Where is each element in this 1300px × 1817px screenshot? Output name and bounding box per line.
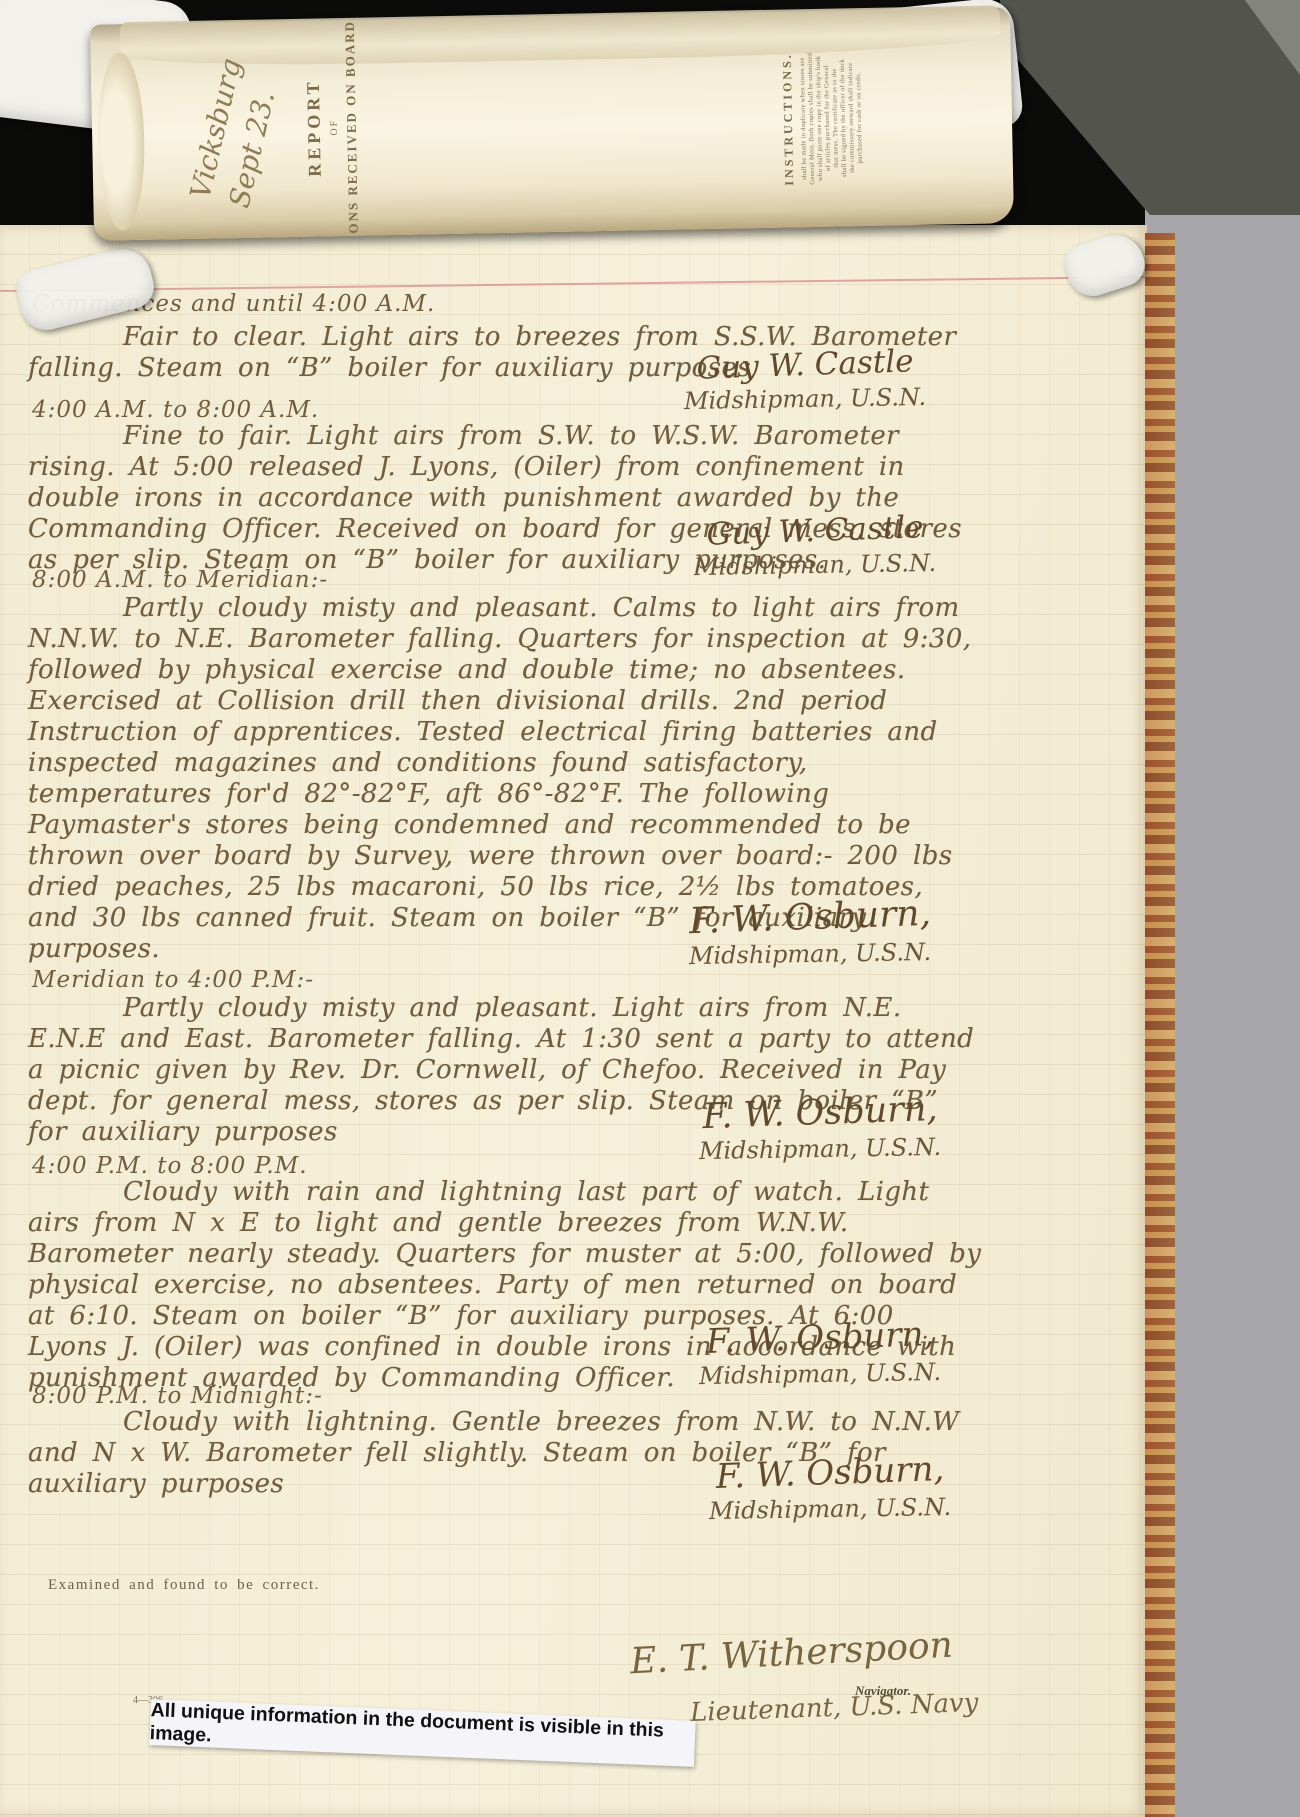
report-title: REPORT <box>302 21 327 235</box>
navigator-signature: E. T. Witherspoon <box>629 1625 954 1683</box>
watch-entry-1-signature: Guy W. Castle Midshipman, U.S.N. <box>620 347 990 413</box>
signature-name: F. W. Osburn, <box>629 1311 1010 1364</box>
watch-entry-3-signature: F. W. Osburn, Midshipman, U.S.N. <box>620 897 1000 968</box>
photograph-of-log-page: Commences and until 4:00 A.M. Fair to cl… <box>0 0 1300 1817</box>
watch-entry-3-heading: 8:00 A.M. to Meridian:- <box>32 567 328 593</box>
background-shadow-wedge <box>1000 0 1300 215</box>
signature-rank: Midshipman, U.S.N. <box>620 382 990 416</box>
signature-name: F. W. Osburn, <box>639 1446 1020 1499</box>
examined-printed-line: Examined and found to be correct. <box>48 1577 320 1594</box>
signature-name: F. W. Osburn, <box>629 1086 1010 1139</box>
signature-rank: Midshipman, U.S.N. <box>630 548 1000 582</box>
watch-entry-5-signature: F. W. Osburn, Midshipman, U.S.N. <box>630 1318 1010 1388</box>
roll-curled-end <box>97 52 146 231</box>
navigator-rank: Lieutenant, U.S. Navy <box>690 1688 979 1728</box>
rolled-report-form: Vicksburg Sept 23. REPORT OF ONS RECEIVE… <box>90 7 1014 241</box>
red-ruled-line <box>0 276 1147 292</box>
watch-entry-5-heading: 4:00 P.M. to 8:00 P.M. <box>32 1153 308 1179</box>
report-subtitle: ONS RECEIVED ON BOARD <box>342 20 362 234</box>
watch-entry-6-signature: F. W. Osburn, Midshipman, U.S.N. <box>640 1453 1020 1523</box>
roll-instructions-block: INSTRUCTIONS. shall be made in duplicate… <box>690 8 954 227</box>
watch-entry-4-signature: F. W. Osburn, Midshipman, U.S.N. <box>630 1093 1010 1163</box>
watch-entry-2-signature: Guy W. Castle Midshipman, U.S.N. <box>630 513 1000 579</box>
signature-rank: Midshipman, U.S.N. <box>630 1132 1010 1167</box>
roll-report-title-block: REPORT OF ONS RECEIVED ON BOARD <box>265 19 399 235</box>
report-of: OF <box>327 20 342 234</box>
signature-rank: Midshipman, U.S.N. <box>620 937 1000 972</box>
watch-entry-6-heading: 8:00 P.M. to Midnight:- <box>32 1383 323 1409</box>
signature-name: F. W. Osburn, <box>619 890 1000 944</box>
signature-rank: Midshipman, U.S.N. <box>640 1492 1020 1527</box>
watch-entry-4-heading: Meridian to 4:00 P.M:- <box>32 967 314 993</box>
book-fore-edge <box>1145 233 1175 1817</box>
navigator-printed-label: Navigator. <box>855 1683 911 1699</box>
watch-entry-2-heading: 4:00 A.M. to 8:00 A.M. <box>32 397 319 423</box>
ledger-page: Commences and until 4:00 A.M. Fair to cl… <box>0 225 1147 1817</box>
instructions-heading: INSTRUCTIONS. <box>778 16 797 221</box>
signature-rank: Midshipman, U.S.N. <box>630 1357 1010 1392</box>
